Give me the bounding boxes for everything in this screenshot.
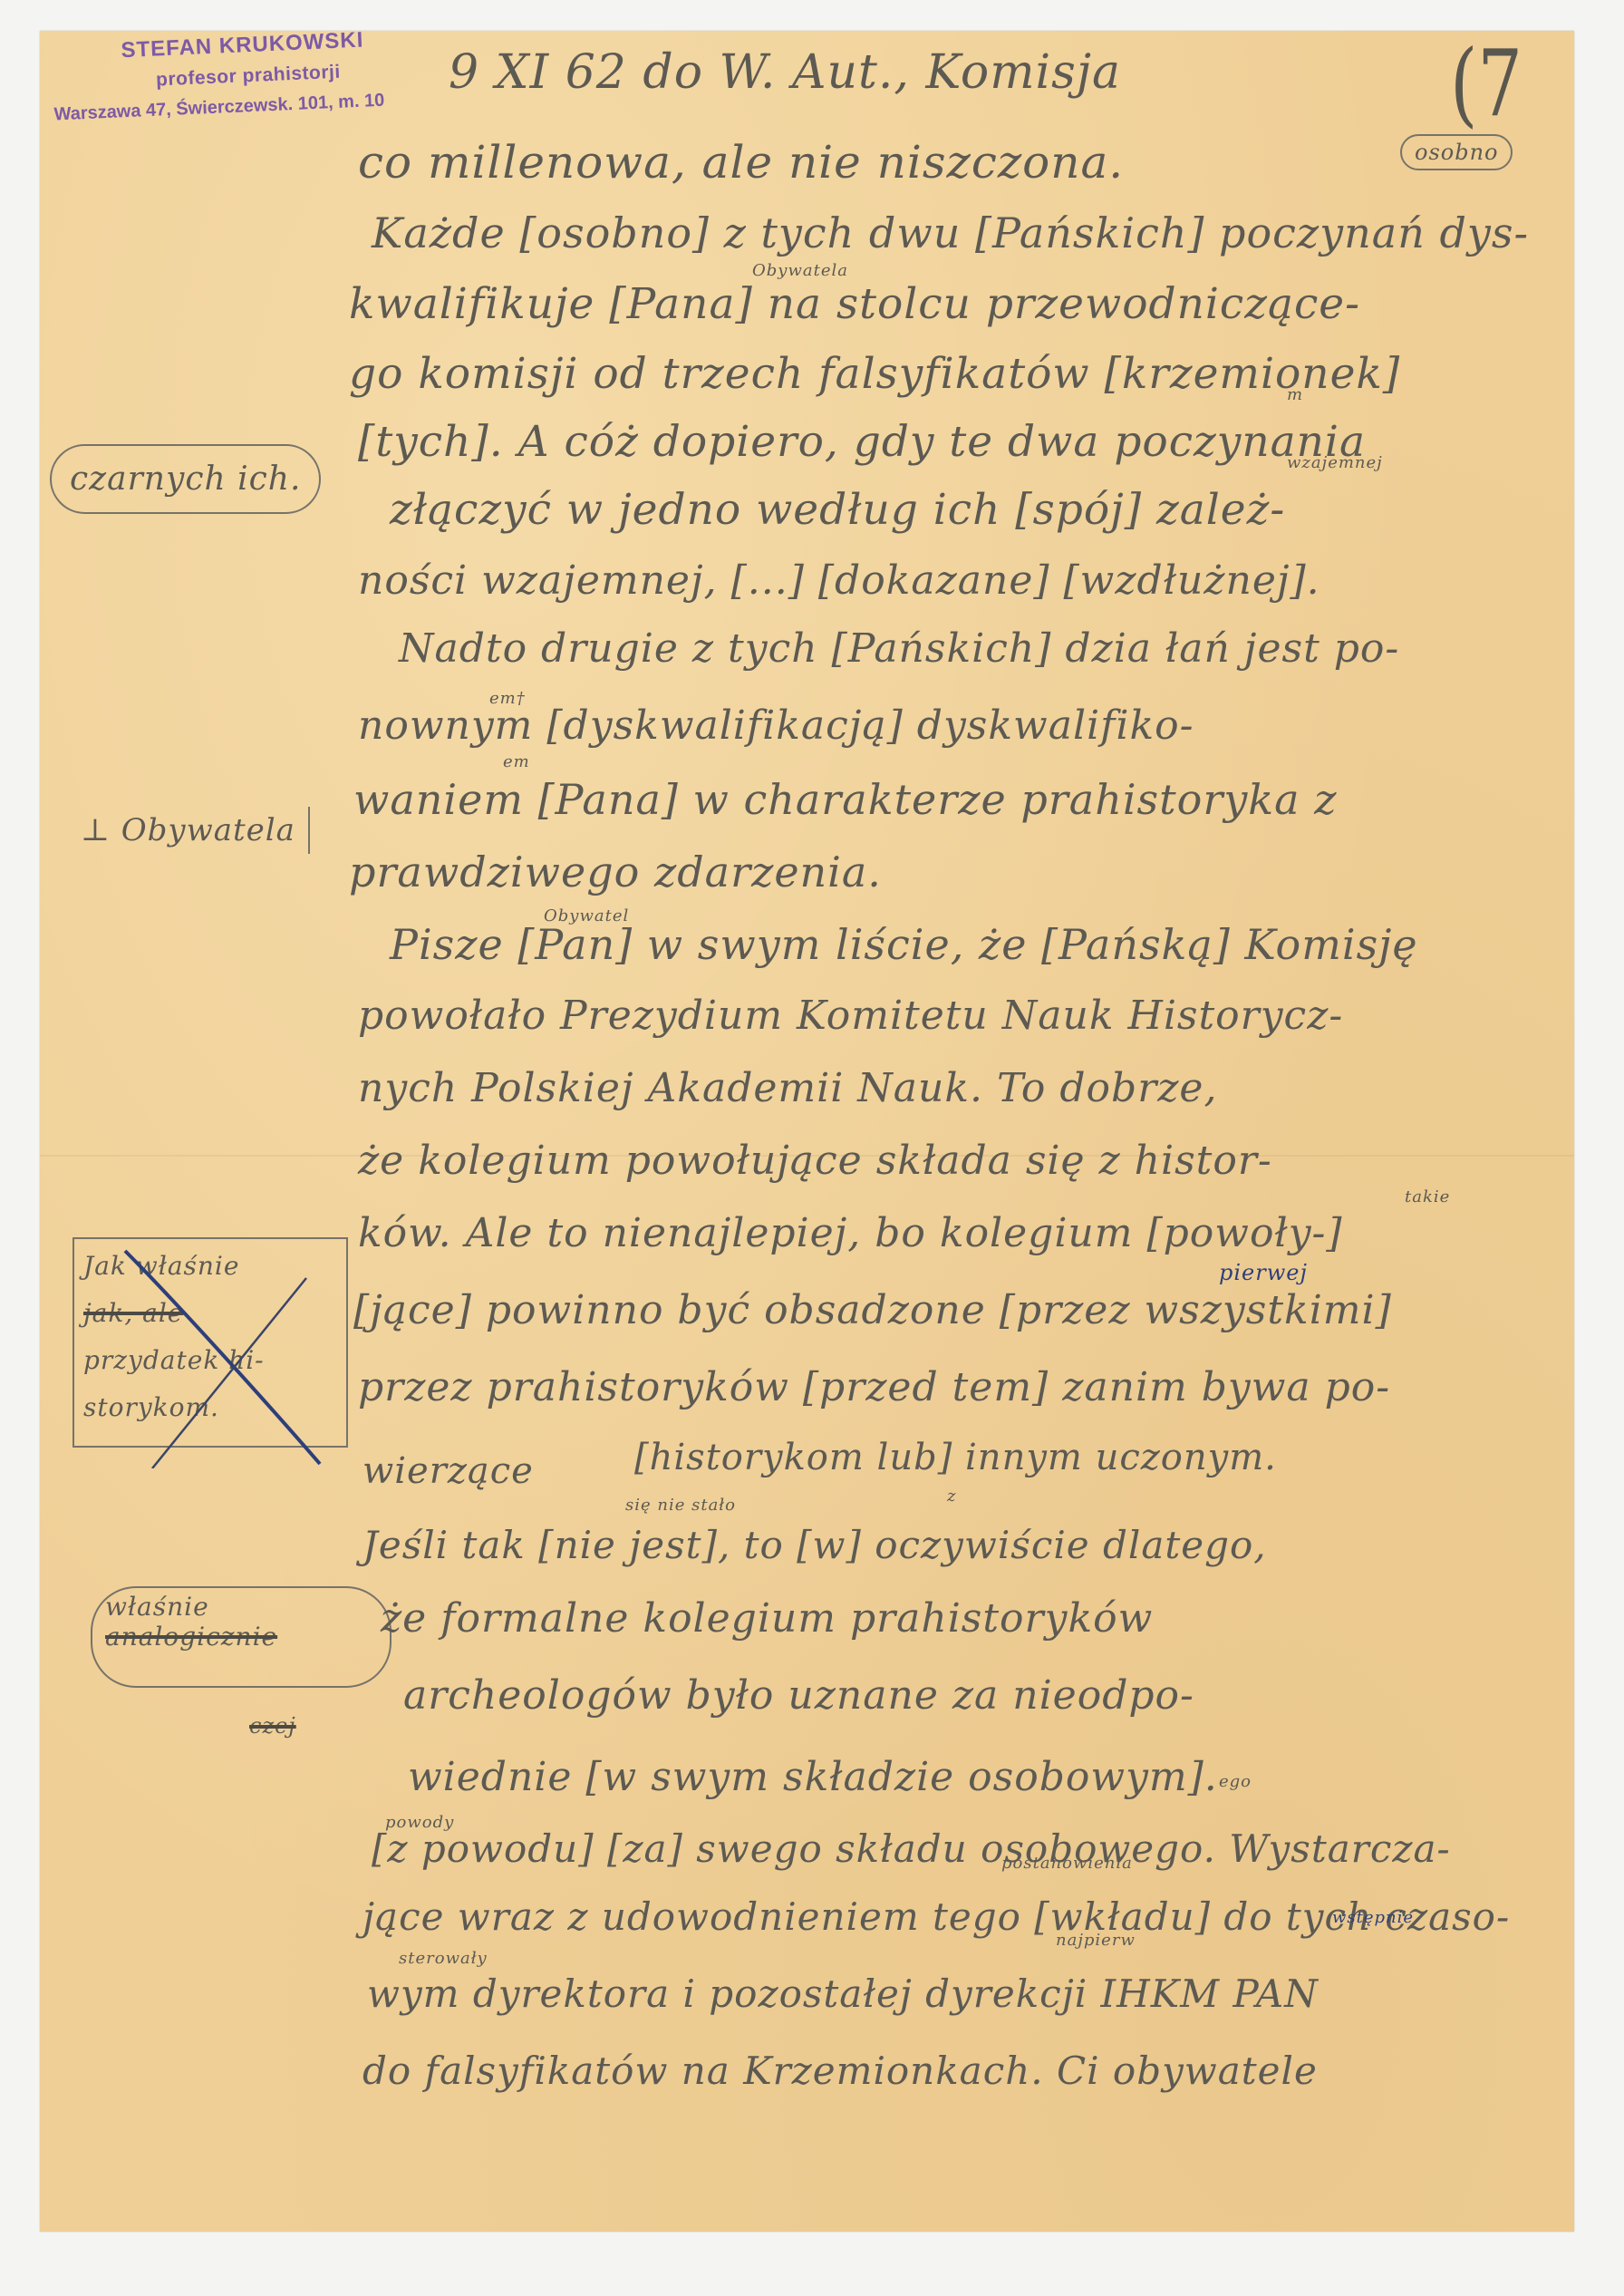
body-line-10: waniem [Pana] w charakterze prahistoryka…	[353, 775, 1337, 824]
body-line-19: [historykom lub] innym uczonym.	[634, 1437, 1277, 1478]
margin-note-wlasnie: właśnie analogicznie	[91, 1586, 391, 1688]
body-line-5: [tych]. A cóż dopiero, gdy te dwa poczyn…	[358, 417, 1366, 467]
annotation-m: m	[1287, 385, 1303, 404]
body-line-15: że kolegium powołujące składa się z hist…	[358, 1138, 1272, 1184]
body-line-18: przez prahistoryków [przed tem] zanim by…	[358, 1364, 1390, 1410]
body-line-23: archeologów było uznane za nieodpo-	[403, 1672, 1194, 1719]
body-line-8: Nadto drugie z tych [Pańskich] dzia łań …	[399, 625, 1399, 672]
body-line-4: go komisji od trzech falsyfikatów [krzem…	[349, 349, 1400, 399]
body-line-1: co millenowa, ale nie niszczona.	[358, 136, 1124, 189]
body-line-28: do falsyfikatów na Krzemionkach. Ci obyw…	[362, 2049, 1318, 2093]
body-line-24: wiednie [w swym składzie osobowym].	[408, 1754, 1218, 1800]
page-number-label: (7	[1450, 32, 1522, 138]
body-line-9: nownym [dyskwalifikacją] dyskwalifiko-	[358, 702, 1194, 749]
margin-analogicznie: analogicznie	[105, 1622, 377, 1652]
body-line-27: wym dyrektora i pozostałej dyrekcji IHKM…	[367, 1971, 1319, 2016]
margin-czej: czej	[249, 1713, 296, 1739]
annotation-postanowienia: postanowienia	[1001, 1854, 1133, 1873]
margin-note-obywatela: ⊥ Obywatela	[68, 807, 310, 854]
annotation-pierwej: pierwej	[1219, 1260, 1308, 1285]
body-line-17: [jące] powinno być obsadzone [przez wszy…	[353, 1287, 1392, 1333]
body-line-2: Każde [osobno] z tych dwu [Pańskich] poc…	[372, 208, 1529, 257]
body-line-3: kwalifikuje [Pana] na stolcu przewodnicz…	[349, 279, 1360, 329]
header-date-note: 9 XI 62 do W. Aut., Komisja	[449, 45, 1121, 100]
annotation-wzajemnej: wzajemnej	[1287, 453, 1383, 472]
body-line-16: ków. Ale to nienajlepiej, bo kolegium [p…	[358, 1210, 1343, 1256]
margin-note-czarnych-ich: czarnych ich.	[50, 444, 321, 514]
annotation-z: z	[947, 1487, 956, 1506]
annotation-takie: takie	[1405, 1187, 1450, 1206]
annotation-obywatela: Obywatela	[752, 261, 848, 280]
body-line-14: nych Polskiej Akademii Nauk. To dobrze,	[358, 1065, 1217, 1111]
annotation-sie-nie-stalo: się nie stało	[625, 1496, 736, 1515]
annotation-najpierw: najpierw	[1056, 1931, 1136, 1950]
page-number: (7	[1450, 44, 1522, 125]
body-line-21: Jeśli tak [nie jest], to [w] oczywiście …	[362, 1523, 1267, 1567]
body-line-7: ności wzajemnej, [...] [dokazane] [wzdłu…	[358, 557, 1320, 604]
body-line-13: powołało Prezydium Komitetu Nauk History…	[358, 993, 1343, 1039]
body-line-22: że formalne kolegium prahistoryków	[381, 1595, 1153, 1642]
margin-wlasnie-text: właśnie	[105, 1592, 377, 1622]
annotation-ego: ego	[1219, 1772, 1252, 1791]
cross-out-mark	[116, 1242, 324, 1468]
annotation-osobno: osobno	[1400, 134, 1513, 170]
body-line-6: złączyć w jedno według ich [spój] zależ-	[390, 485, 1285, 535]
body-line-25: [z powodu] [za] swego składu osobowego. …	[372, 1826, 1451, 1871]
body-line-20: wierzące	[362, 1450, 534, 1492]
body-line-12: Pisze [Pan] w swym liście, że [Pańską] K…	[390, 920, 1418, 969]
annotation-em: em	[503, 752, 530, 771]
body-line-11: prawdziwego zdarzenia.	[349, 848, 882, 896]
annotation-sterowaly: sterowały	[399, 1949, 488, 1968]
annotation-wstepnie: wstępnie	[1332, 1908, 1414, 1927]
